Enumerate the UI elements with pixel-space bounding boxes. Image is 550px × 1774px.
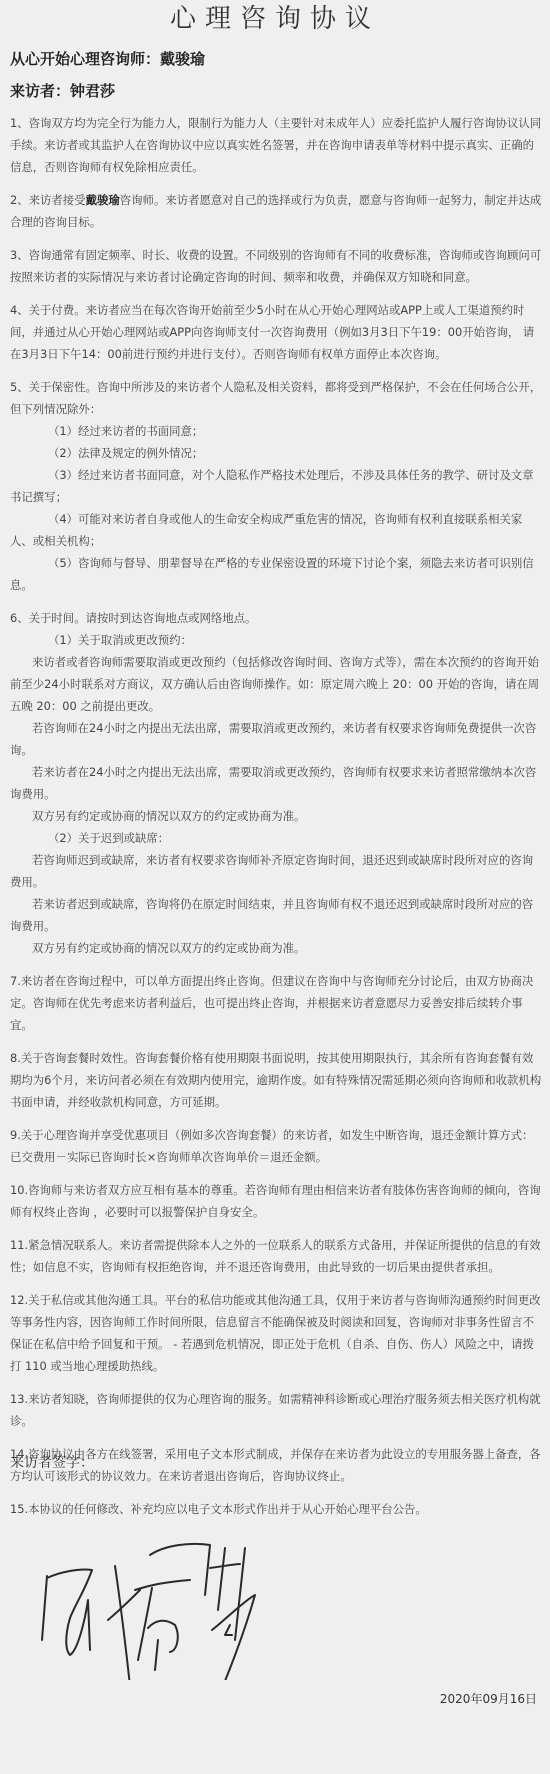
clause-5-item: （3）经过来访者书面同意，对个人隐私作严格技术处理后，不涉及具体任务的教学、研讨… xyxy=(10,464,542,508)
clause-6-1-para: 若咨询师在24小时之内提出无法出席，需要取消或更改预约，来访者有权要求咨询师免费… xyxy=(10,717,542,761)
clause-2-pre: 2、来访者接受 xyxy=(10,193,86,207)
clause-9: 9.关于心理咨询并享受优惠项目（例如多次咨询套餐）的来访者，如发生中断咨询，退还… xyxy=(10,1124,542,1168)
clause-6: 6、关于时间。请按时到达咨询地点或网络地点。 xyxy=(10,607,542,629)
clause-4: 4、关于付费。来访者应当在每次咨询开始前至少5小时在从心开始心理网站或APP上或… xyxy=(10,299,542,365)
clause-6-1-para: 双方另有约定或协商的情况以双方的约定或协商为准。 xyxy=(10,805,542,827)
clause-5: 5、关于保密性。咨询中所涉及的来访者个人隐私及相关资料，都将受到严格保护，不会在… xyxy=(10,376,542,420)
handwritten-signature-icon xyxy=(30,1500,270,1684)
clause-6-2-title: （2）关于迟到或缺席： xyxy=(10,827,542,849)
counselor-line: 从心开始心理咨询师：戴骏瑜 xyxy=(10,48,205,69)
clause-6-2-para: 双方另有约定或协商的情况以双方的约定或协商为准。 xyxy=(10,937,542,959)
signature-date: 2020年09月16日 xyxy=(440,1690,537,1707)
clause-6-2-para: 若咨询师迟到或缺席，来访者有权要求咨询师补齐原定咨询时间，退还迟到或缺席时段所对… xyxy=(10,849,542,893)
client-line: 来访者：钟君莎 xyxy=(10,80,115,101)
clause-10: 10.咨询师与来访者双方应互相有基本的尊重。若咨询师有理由相信来访者有肢体伤害咨… xyxy=(10,1179,542,1223)
clause-5-item: （5）咨询师与督导、朋辈督导在严格的专业保密设置的环境下讨论个案，须隐去来访者可… xyxy=(10,552,542,596)
clause-5-item: （4）可能对来访者自身或他人的生命安全构成严重危害的情况，咨询师有权利直接联系相… xyxy=(10,508,542,552)
clause-7: 7.来访者在咨询过程中，可以单方面提出终止咨询。但建议在咨询中与咨询师充分讨论后… xyxy=(10,970,542,1036)
page-title: 心理咨询协议 xyxy=(0,2,550,36)
clause-12: 12.关于私信或其他沟通工具。平台的私信功能或其他沟通工具，仅用于来访者与咨询师… xyxy=(10,1289,542,1377)
clause-6-1-para: 若来访者在24小时之内提出无法出席，需要取消或更改预约，咨询师有权要求来访者照常… xyxy=(10,761,542,805)
clause-6-2-para: 若来访者迟到或缺席，咨询将仍在原定时间结束，并且咨询师有权不退还迟到或缺席时段所… xyxy=(10,893,542,937)
clause-8: 8.关于咨询套餐时效性。咨询套餐价格有使用期限书面说明，按其使用期限执行，其余所… xyxy=(10,1047,542,1113)
clause-13: 13.来访者知晓，咨询师提供的仅为心理咨询的服务。如需精神科诊断或心理治疗服务须… xyxy=(10,1388,542,1432)
clause-5-item: （1）经过来访者的书面同意； xyxy=(10,420,542,442)
clause-3: 3、咨询通常有固定频率、时长、收费的设置。不同级别的咨询师有不同的收费标准，咨询… xyxy=(10,244,542,288)
clause-6-1-para: 来访者或者咨询师需要取消或更改预约（包括修改咨询时间、咨询方式等），需在本次预约… xyxy=(10,651,542,717)
agreement-body: 1、咨询双方均为完全行为能力人，限制行为能力人（主要针对未成年人）应委托监护人履… xyxy=(10,112,542,1531)
clause-1: 1、咨询双方均为完全行为能力人，限制行为能力人（主要针对未成年人）应委托监护人履… xyxy=(10,112,542,178)
clause-11: 11.紧急情况联系人。来访者需提供除本人之外的一位联系人的联系方式备用，并保证所… xyxy=(10,1234,542,1278)
clause-5-item: （2）法律及规定的例外情况； xyxy=(10,442,542,464)
clause-6-1-title: （1）关于取消或更改预约： xyxy=(10,629,542,651)
counselor-name: 戴骏瑜 xyxy=(86,193,120,207)
signature-label: 来访者签字： xyxy=(10,1452,94,1472)
clause-2: 2、来访者接受戴骏瑜咨询师。来访者愿意对自己的选择或行为负责，愿意与咨询师一起努… xyxy=(10,189,542,233)
